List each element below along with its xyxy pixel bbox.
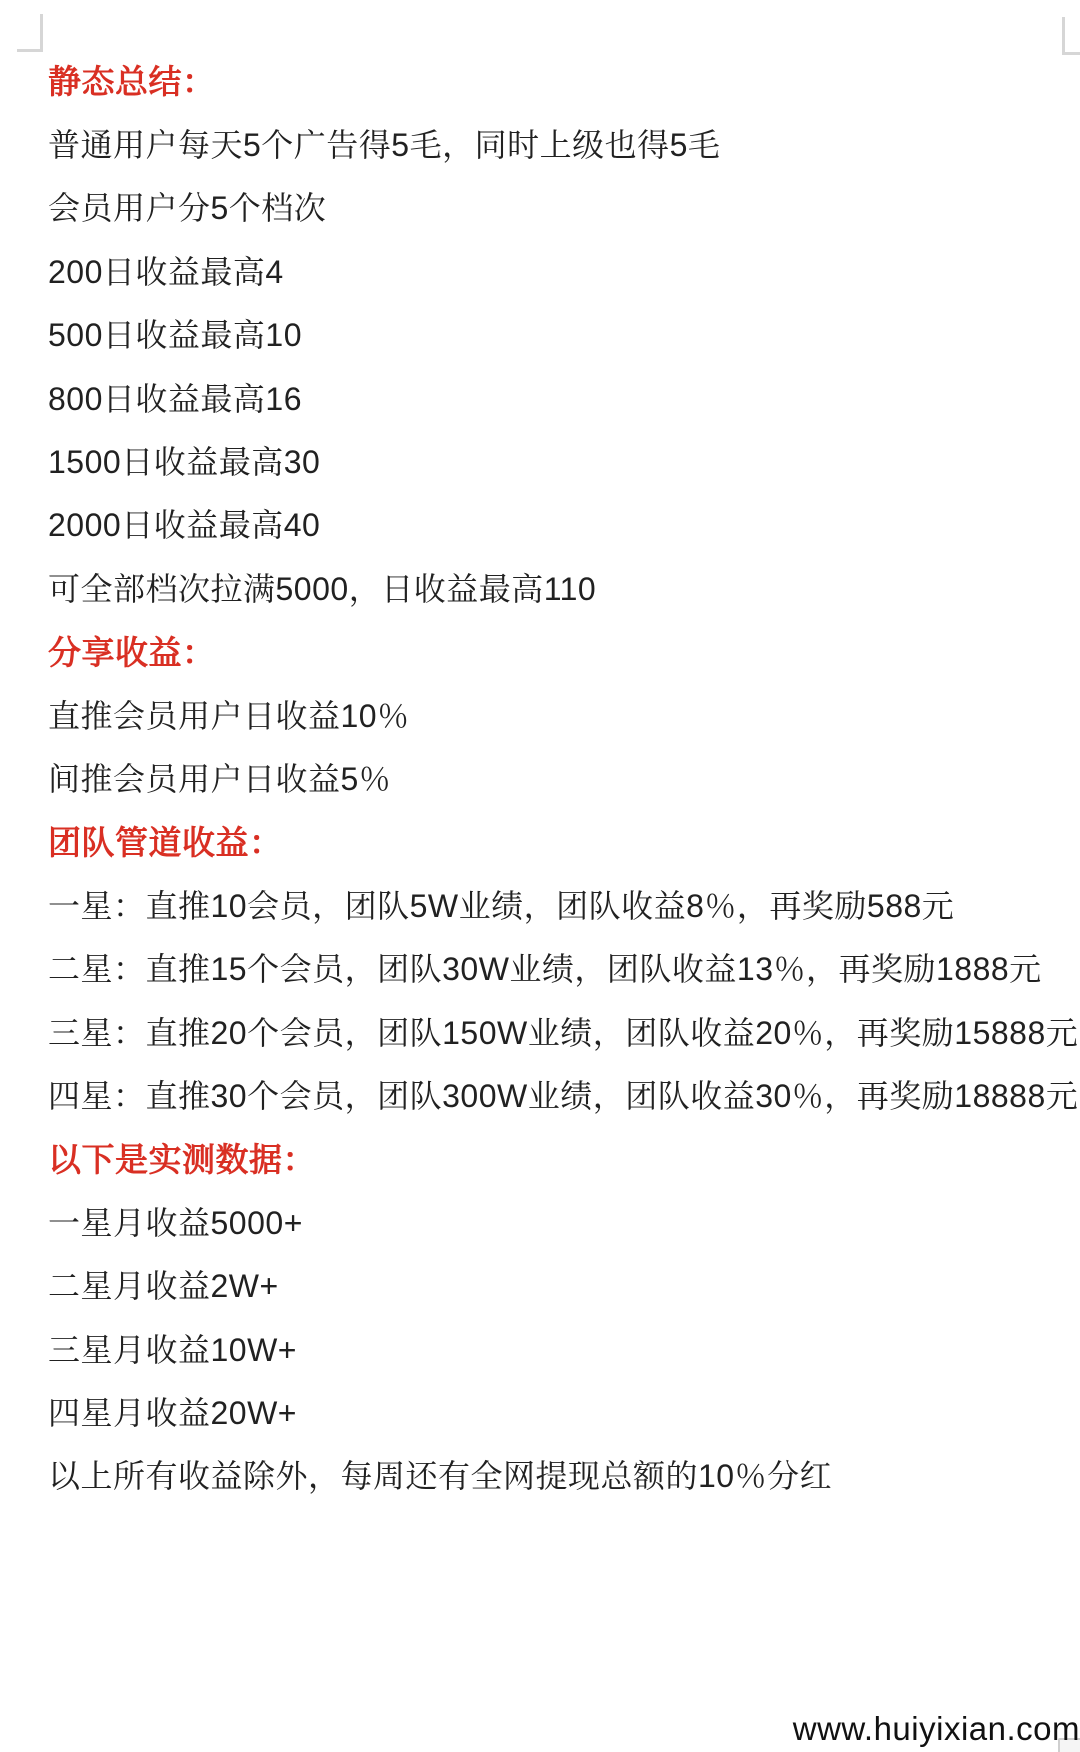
text-line: 一星：直推10会员，团队5W业绩，团队收益8％，再奖励588元 xyxy=(48,872,1060,935)
text-line: 500日收益最高10 xyxy=(48,302,1060,365)
text-line: 会员用户分5个档次 xyxy=(48,175,1060,238)
document-page: 静态总结： 普通用户每天5个广告得5毛，同时上级也得5毛 会员用户分5个档次 2… xyxy=(0,0,1080,1752)
text-line: 一星月收益5000+ xyxy=(48,1189,1060,1252)
text-line: 1500日收益最高30 xyxy=(48,428,1060,491)
document-body: 静态总结： 普通用户每天5个广告得5毛，同时上级也得5毛 会员用户分5个档次 2… xyxy=(48,48,1060,1506)
text-line: 四星：直推30个会员，团队300W业绩，团队收益30％，再奖励18888元 xyxy=(48,1062,1060,1125)
text-line: 二星：直推15个会员，团队30W业绩，团队收益13％，再奖励1888元 xyxy=(48,935,1060,998)
section-heading-share-income: 分享收益： xyxy=(48,619,1060,682)
site-watermark: www.huiyixian.com xyxy=(793,1710,1080,1748)
text-line: 间推会员用户日收益5％ xyxy=(48,745,1060,808)
section-heading-static-summary: 静态总结： xyxy=(48,48,1060,111)
margin-corner-top-right-icon xyxy=(1062,17,1080,55)
text-line: 二星月收益2W+ xyxy=(48,1252,1060,1315)
text-line: 三星月收益10W+ xyxy=(48,1316,1060,1379)
section-heading-measured-data: 以下是实测数据： xyxy=(48,1126,1060,1189)
text-line: 800日收益最高16 xyxy=(48,365,1060,428)
text-line: 可全部档次拉满5000，日收益最高110 xyxy=(48,555,1060,618)
text-line: 三星：直推20个会员，团队150W业绩，团队收益20％，再奖励15888元 xyxy=(48,999,1060,1062)
text-line: 直推会员用户日收益10％ xyxy=(48,682,1060,745)
section-heading-team-pipeline-income: 团队管道收益： xyxy=(48,809,1060,872)
text-line: 普通用户每天5个广告得5毛，同时上级也得5毛 xyxy=(48,111,1060,174)
text-line: 四星月收益20W+ xyxy=(48,1379,1060,1442)
text-line: 200日收益最高4 xyxy=(48,238,1060,301)
text-line: 2000日收益最高40 xyxy=(48,492,1060,555)
margin-corner-top-left-icon xyxy=(17,14,43,52)
text-line: 以上所有收益除外，每周还有全网提现总额的10％分红 xyxy=(48,1443,1060,1506)
